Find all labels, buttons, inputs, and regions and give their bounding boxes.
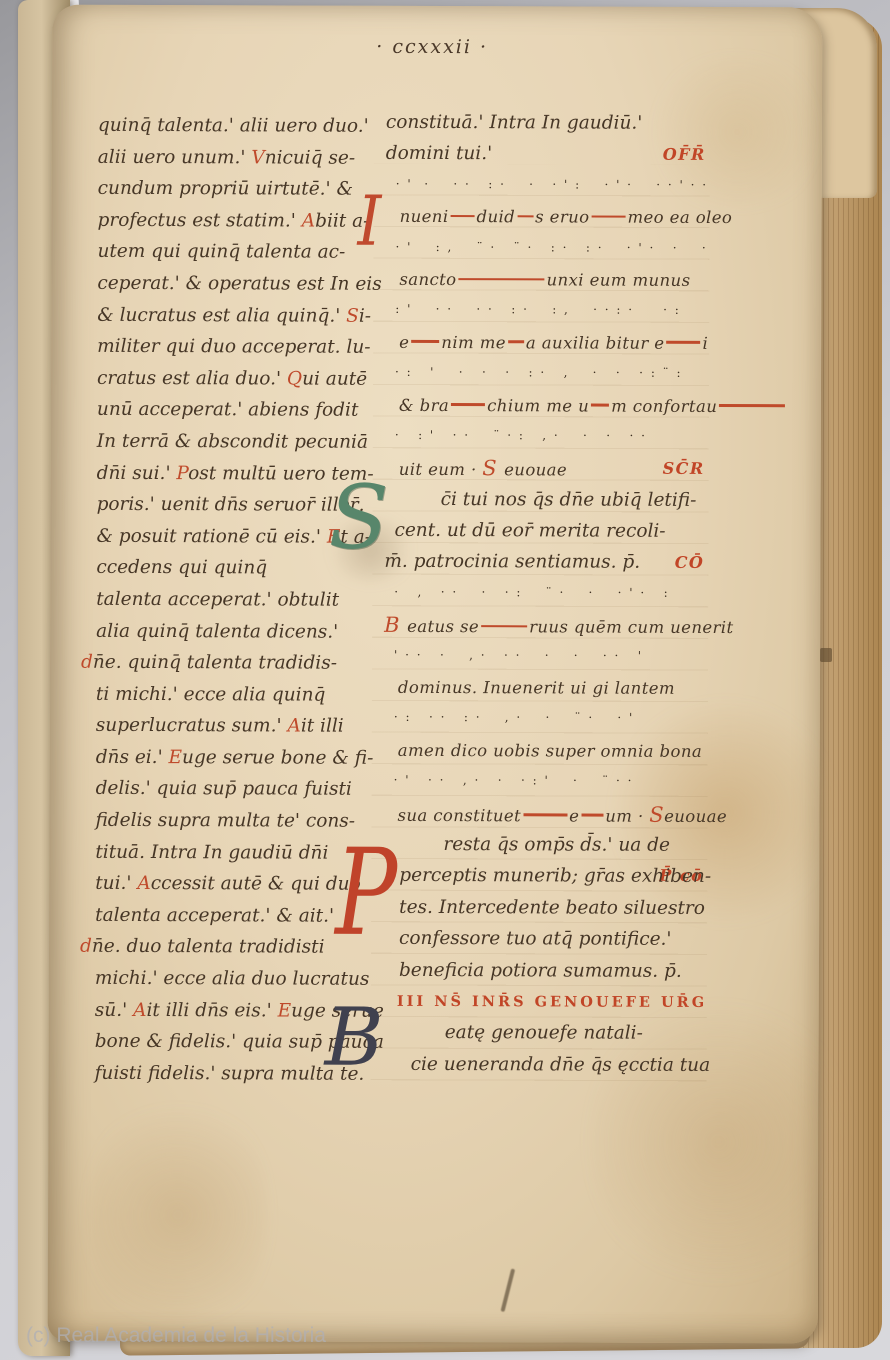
ink-text: constituā.' Intra In gaudiū.' bbox=[386, 112, 643, 134]
ink-text: & bra bbox=[399, 395, 449, 414]
ink-text: tes. Intercedente beato siluestro bbox=[399, 897, 705, 919]
text-line: In terrā & abscondit pecuniā bbox=[97, 427, 373, 460]
red-ink-text: A bbox=[302, 210, 315, 231]
red-extension-line bbox=[523, 814, 567, 817]
text-line: perceptis munerib; gr̄as exhiben- bbox=[383, 861, 703, 894]
text-line: cent. ut dū eor̄ merita recoli- bbox=[384, 516, 704, 549]
text-line: unū acceperat.' abiens fodit bbox=[97, 395, 373, 428]
red-ink-text: S bbox=[346, 305, 359, 326]
red-extension-line bbox=[517, 215, 533, 217]
ink-text: perceptis munerib; gr̄as exhiben- bbox=[399, 865, 711, 887]
ink-text: uit eum · bbox=[399, 460, 483, 479]
ink-text: tui.' bbox=[95, 873, 137, 894]
parchment-stain bbox=[88, 1085, 269, 1346]
ink-text: In terrā & abscondit pecuniā bbox=[97, 431, 368, 453]
red-ink-text: S bbox=[482, 456, 504, 480]
ink-text: utem qui quinq̄ talenta ac- bbox=[97, 241, 345, 263]
ink-text: talenta acceperat.' & ait.' bbox=[95, 905, 334, 927]
text-line: fidelis supra multa te' cons- bbox=[95, 806, 371, 839]
text-line: delis.' quia sup̄ pauca fuisti bbox=[96, 774, 372, 807]
green-initial-s: S bbox=[328, 474, 389, 562]
ink-text: cratus est alia duo.' bbox=[97, 368, 287, 390]
ink-text: ti michi.' ecce alia quinq̄ bbox=[96, 684, 326, 706]
ink-text: ccedens qui quinq̄ bbox=[96, 557, 267, 579]
ink-text: & lucratus est alia quinq̄.' bbox=[97, 304, 346, 326]
ink-text: meo ea oleo bbox=[627, 208, 732, 227]
ink-text: poris.' uenit dn̄s seruor̄ illor̄. bbox=[97, 494, 365, 516]
ink-text: beneficia potiora sumamus. p̄. bbox=[399, 959, 682, 981]
text-line: tituā. Intra In gaudiū dn̄i bbox=[95, 837, 371, 870]
ink-text: ccessit autē & qui duo bbox=[151, 873, 361, 895]
left-text-column: quinq̄ talenta.' alii uero duo.'alii uer… bbox=[95, 111, 374, 1091]
red-initial-p: P bbox=[335, 834, 397, 954]
red-extension-line bbox=[451, 403, 485, 406]
ink-text: cundum propriū uirtutē.' & bbox=[98, 178, 353, 200]
neume-row: ' · · · , · · · · · · · ' bbox=[384, 641, 704, 674]
neume-row: · , · · · · : ¨ · · · ' · : bbox=[384, 579, 704, 612]
ink-text: chium me u bbox=[487, 396, 589, 415]
neume-row: · ' · · , · · · : ' · ¨ · · bbox=[384, 767, 704, 800]
ink-text: alia quinq̄ talenta dicens.' bbox=[96, 620, 338, 642]
ink-text: cie ueneranda dn̄e q̄s ęcctia tua bbox=[411, 1054, 711, 1076]
red-ink-text: A bbox=[137, 873, 150, 894]
red-extension-line bbox=[581, 814, 603, 816]
red-ink-text: P bbox=[176, 463, 188, 484]
ink-text: & posuit rationē cū eis.' bbox=[96, 526, 327, 548]
text-line: superlucratus sum.' Ait illi bbox=[96, 711, 372, 744]
red-extension-line bbox=[591, 404, 609, 406]
copyright-watermark: (c) Real Academia de la Historia bbox=[26, 1324, 326, 1348]
ink-text: talenta acceperat.' obtulit bbox=[96, 589, 339, 611]
chant-line: sanctounxi eum munus bbox=[385, 265, 705, 298]
ink-text: it illi dn̄s eis.' bbox=[146, 1000, 277, 1021]
text-line: resta q̄s omp̄s d̄s.' ua deP̄ cō bbox=[383, 830, 703, 863]
chant-line: & brachium me um confortau bbox=[385, 390, 705, 423]
ink-text: delis.' quia sup̄ pauca fuisti bbox=[96, 778, 352, 800]
text-line: c̄i tui nos q̄s dn̄e ubiq̄ letifi- bbox=[385, 485, 705, 518]
red-extension-line bbox=[411, 340, 439, 342]
red-ink-text: E bbox=[278, 1000, 292, 1021]
red-ink-text: S bbox=[649, 802, 664, 826]
neume-row: · : · · : · , · · ¨ · · ' bbox=[384, 704, 704, 737]
chant-line: uit eum · S euouaeSC̄R bbox=[385, 453, 705, 486]
text-line: ti michi.' ecce alia quinq̄ bbox=[96, 680, 372, 713]
text-line: beneficia potiora sumamus. p̄. bbox=[383, 955, 703, 988]
red-ink-text: A bbox=[133, 1000, 146, 1021]
ink-text: profectus est statim.' bbox=[98, 210, 302, 232]
ink-text: sancto bbox=[399, 270, 456, 289]
ink-text: m confortau bbox=[611, 396, 717, 415]
ink-text: eatę genouefe natali- bbox=[445, 1022, 643, 1044]
chant-line: amen dico uobis super omnia bona bbox=[384, 736, 704, 769]
text-line: dn̄s ei.' Euge serue bone & fi- bbox=[96, 743, 372, 776]
text-line: quinq̄ talenta.' alii uero duo.' bbox=[98, 111, 374, 144]
text-line: alia quinq̄ talenta dicens.' bbox=[96, 616, 372, 649]
text-line: dn̄e. duo talenta tradidisti bbox=[95, 932, 371, 965]
ink-text: dominus. Inuenerit ui gi lantem bbox=[398, 678, 675, 698]
neume-row: : ' · · · · : · : , · · : · · : bbox=[385, 296, 705, 329]
ink-text: amen dico uobis super omnia bona bbox=[398, 741, 702, 761]
red-ink-text: SC̄R bbox=[663, 454, 705, 484]
fore-edge-mark bbox=[820, 648, 832, 662]
red-extension-line bbox=[591, 215, 625, 218]
text-line: tes. Intercedente beato siluestro bbox=[383, 893, 703, 926]
text-line: cie ueneranda dn̄e q̄s ęcctia tua bbox=[383, 1050, 703, 1083]
ink-text: unū acceperat.' abiens fodit bbox=[97, 399, 359, 421]
red-extension-line bbox=[481, 625, 527, 628]
text-line: ceperat.' & operatus est In eis bbox=[97, 269, 373, 302]
text-line: militer qui duo acceperat. lu- bbox=[97, 332, 373, 365]
text-line: & lucratus est alia quinq̄.' Si- bbox=[97, 300, 373, 333]
text-line: alii uero unum.' Vnicuiq̄ se- bbox=[98, 142, 374, 175]
ink-text: sū.' bbox=[95, 999, 133, 1020]
ink-text: i- bbox=[359, 305, 371, 326]
ink-text: euouae bbox=[504, 461, 567, 480]
text-line: utem qui quinq̄ talenta ac- bbox=[97, 237, 373, 270]
chant-line: dominus. Inuenerit ui gi lantem bbox=[384, 673, 704, 706]
ink-text: nim me bbox=[441, 333, 506, 352]
text-line: dn̄e. quinq̄ talenta tradidis- bbox=[96, 648, 372, 681]
neume-row: · ' : , ¨ · ¨ · : · : · · ' · · · bbox=[385, 233, 705, 266]
ink-text: ceperat.' & operatus est In eis bbox=[97, 273, 381, 295]
ink-text: cent. ut dū eor̄ merita recoli- bbox=[394, 520, 665, 542]
ink-text: c̄i tui nos q̄s dn̄e ubiq̄ letifi- bbox=[441, 489, 697, 511]
chant-line: nueniduids eruomeo ea oleo bbox=[386, 202, 706, 235]
text-line: cratus est alia duo.' Qui autē bbox=[97, 364, 373, 397]
ink-text: nicuiq̄ se- bbox=[265, 147, 356, 168]
ink-text: uge serue bone & fi- bbox=[182, 747, 373, 769]
red-extension-line bbox=[666, 341, 700, 344]
chant-line: B eatus seruus quēm cum uenerit bbox=[384, 610, 704, 643]
neume-row: · ' · · · : · · · ' : · ' · · · ' · · bbox=[386, 171, 706, 204]
red-ink-text: OF̄R̄ bbox=[663, 140, 706, 170]
ink-text: confessore tuo atq̄ pontifice.' bbox=[399, 928, 672, 950]
red-ink-text: CŌ bbox=[675, 548, 705, 578]
text-line: confessore tuo atq̄ pontifice.' bbox=[383, 924, 703, 957]
ink-text: unxi eum munus bbox=[546, 270, 690, 290]
text-line: eatę genouefe natali- bbox=[383, 1018, 703, 1051]
right-text-column: constituā.' Intra In gaudiū.'domini tui.… bbox=[383, 108, 706, 1082]
ink-text: alii uero unum.' bbox=[98, 146, 252, 168]
red-extension-line bbox=[508, 341, 524, 343]
red-ink-text: B bbox=[384, 613, 407, 637]
ink-text: quinq̄ talenta.' alii uero duo.' bbox=[98, 115, 369, 137]
text-line: cundum propriū uirtutē.' & bbox=[98, 174, 374, 207]
ink-text: tituā. Intra In gaudiū dn̄i bbox=[95, 841, 328, 863]
ink-text: eatus se bbox=[407, 617, 479, 636]
text-line: profectus est statim.' Abiit a- bbox=[98, 206, 374, 239]
ink-text: duid bbox=[476, 207, 515, 226]
ink-text: superlucratus sum.' bbox=[96, 715, 288, 737]
blue-black-initial-b: B bbox=[325, 998, 384, 1078]
ink-text: sua constituet bbox=[397, 805, 521, 824]
chant-line: enim mea auxilia bitur ei bbox=[385, 328, 705, 361]
ink-text: michi.' ecce alia duo lucratus bbox=[95, 968, 370, 990]
ink-text: n̄e. quinq̄ talenta tradidis- bbox=[93, 652, 337, 674]
ink-text: domini tui.' bbox=[386, 143, 492, 164]
ink-text: a auxilia bitur e bbox=[526, 333, 665, 352]
ink-text: resta q̄s omp̄s d̄s.' ua de bbox=[443, 834, 670, 856]
red-ink-text: d bbox=[81, 652, 93, 673]
text-line: talenta acceperat.' & ait.' bbox=[95, 901, 371, 934]
ink-text: militer qui duo acceperat. lu- bbox=[97, 336, 370, 358]
text-line: constituā.' Intra In gaudiū.' bbox=[386, 108, 706, 141]
ink-text: e bbox=[569, 806, 579, 825]
red-ink-text: d bbox=[80, 936, 92, 957]
ink-text: dn̄i sui.' bbox=[97, 462, 177, 483]
manuscript-photo: · ccxxxii · quinq̄ talenta.' alii uero d… bbox=[0, 0, 890, 1360]
chant-line: sua constitueteum · Seuouae bbox=[383, 798, 703, 831]
ink-text: it illi bbox=[301, 716, 344, 737]
ink-text: fidelis supra multa te' cons- bbox=[95, 810, 355, 832]
text-line: m̄. patrocinia sentiamus. p̄.CŌ bbox=[384, 547, 704, 580]
ink-text: dn̄s ei.' bbox=[96, 747, 169, 768]
ink-text: ui autē bbox=[302, 368, 367, 389]
red-ink-text: Q bbox=[287, 368, 302, 389]
text-line: talenta acceperat.' obtulit bbox=[96, 585, 372, 618]
ink-text: e bbox=[399, 333, 409, 352]
text-line: domini tui.'OF̄R̄ bbox=[386, 139, 706, 172]
folio-number: · ccxxxii · bbox=[322, 36, 542, 59]
ink-text: euouae bbox=[664, 806, 727, 825]
red-ink-text: V bbox=[251, 147, 264, 168]
ink-text: i bbox=[702, 334, 708, 353]
rubric-line: III NS̄ INR̄S GENOUEFE UR̄G bbox=[383, 987, 703, 1020]
ink-text: m̄. patrocinia sentiamus. p̄. bbox=[384, 551, 640, 573]
neume-row: · : ' · · · : · , · · · : ¨ : bbox=[385, 359, 705, 392]
ink-text: n̄e. duo talenta tradidisti bbox=[92, 936, 325, 958]
ink-scribble bbox=[501, 1268, 516, 1312]
parchment-page: · ccxxxii · quinq̄ talenta.' alii uero d… bbox=[48, 5, 823, 1344]
ink-text: nueni bbox=[400, 207, 449, 226]
ink-text: um · bbox=[605, 806, 649, 825]
red-extension-line bbox=[451, 215, 475, 217]
red-ink-text: E bbox=[169, 747, 183, 768]
ink-text: s eruo bbox=[535, 208, 589, 227]
red-extension-line bbox=[459, 278, 545, 281]
red-initial-i: I bbox=[357, 187, 381, 256]
text-line: tui.' Accessit autē & qui duo bbox=[95, 869, 371, 902]
ink-text: ruus quēm cum uenerit bbox=[529, 618, 734, 638]
red-ink-text: A bbox=[287, 716, 300, 737]
neume-row: · : ' · · ¨ · : , · · · · · bbox=[385, 422, 705, 455]
red-extension-line bbox=[719, 404, 785, 407]
